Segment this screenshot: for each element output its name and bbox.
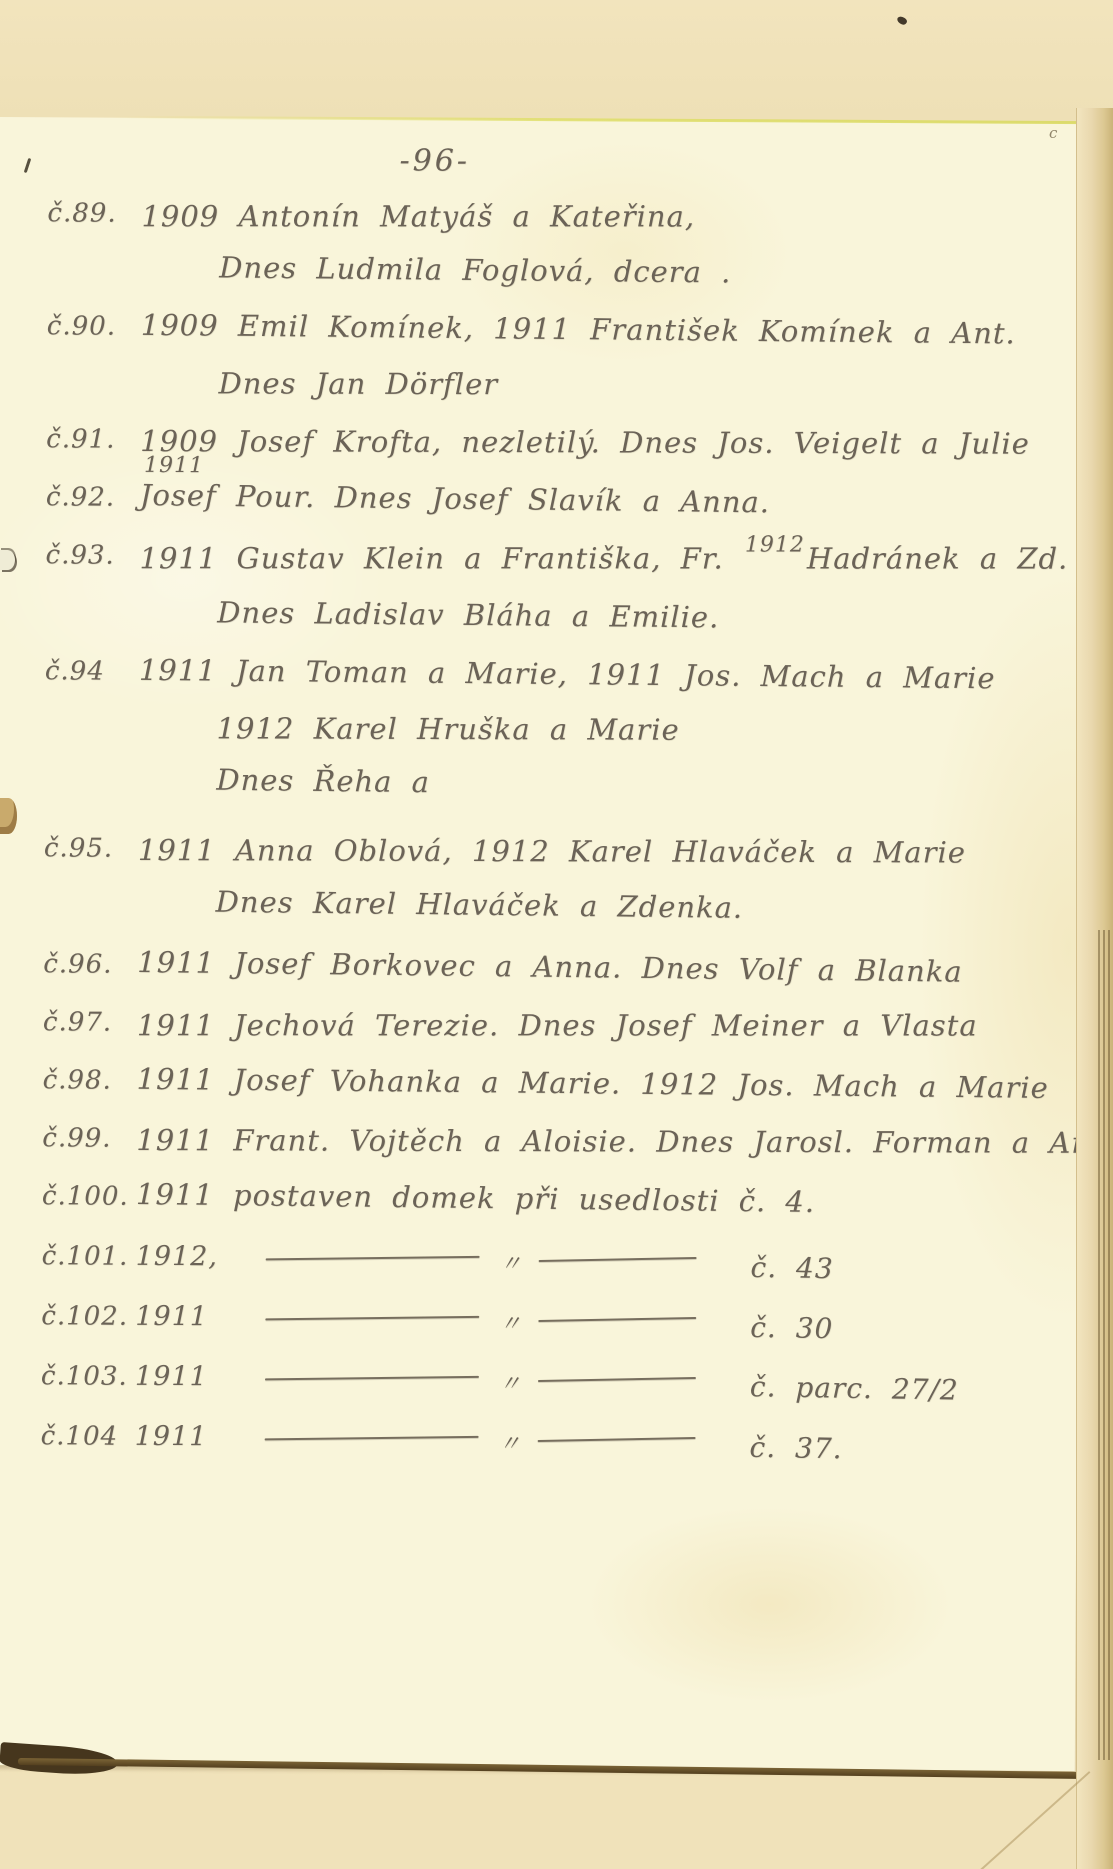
- entry-number: č.92.: [46, 470, 140, 526]
- house-number-ref: č. 37.: [749, 1431, 843, 1465]
- entry-line: Josef Pour. Dnes Josef Slavík a Anna.: [140, 468, 1065, 534]
- register-entry: č.941911 Jan Toman a Marie, 1911 Jos. Ma…: [44, 644, 1063, 815]
- notebook-page: -96- č.89.1909 Antonín Matyáš a Kateřina…: [0, 117, 1084, 1771]
- entry-lines: 1909 Antonín Matyáš a Kateřina,Dnes Ludm…: [141, 187, 1066, 302]
- text-segment: Hadránek a Zd.: [807, 541, 1068, 575]
- register-entry: č.95.1911 Anna Oblová, 1912 Karel Hlaváč…: [43, 821, 1062, 937]
- page-number: -96-: [380, 143, 490, 179]
- entry-number: č.90.: [47, 299, 141, 355]
- entry-line: 1911 Gustav Klein a Františka, Fr. 1912 …: [140, 531, 1064, 589]
- house-number-ref: č. parc. 27/2: [750, 1370, 959, 1406]
- entry-lines: Josef Pour. Dnes Josef Slavík a Anna.: [140, 471, 1064, 531]
- entry-lines: 1911 Gustav Klein a Františka, Fr. 1912 …: [139, 529, 1064, 647]
- pencil-corner-mark: c: [1049, 124, 1057, 142]
- entry-number: č.91.: [46, 412, 140, 468]
- entry-line: 1909 Josef Krofta, nezletilý. Dnes Jos. …: [140, 414, 1064, 472]
- entry-line: 1911 Josef Borkovec a Anna. Dnes Volf a …: [137, 935, 1062, 1001]
- torn-hole-mark: [0, 550, 15, 570]
- register-entry: č.93.1911 Gustav Klein a Františka, Fr. …: [45, 528, 1064, 647]
- ditto-dash-line: [538, 1437, 696, 1442]
- entry-number: č.104: [41, 1421, 135, 1452]
- entry-line: 1911 Josef Vohanka a Marie. 1912 Jos. Ma…: [136, 1052, 1061, 1116]
- ditto-mark: 〃: [499, 1307, 522, 1338]
- entry-lines: 1911 Anna Oblová, 1912 Karel Hlaváček a …: [137, 822, 1062, 937]
- register-entry: č.90.1909 Emil Komínek, 1911 František K…: [46, 299, 1065, 415]
- register-entry: č.96.1911 Josef Borkovec a Anna. Dnes Vo…: [43, 937, 1061, 998]
- register-entry: č.92.1911Josef Pour. Dnes Josef Slavík a…: [46, 470, 1064, 531]
- entry-line: Dnes Ladislav Bláha a Emilie.: [217, 585, 1064, 648]
- ink-speck: [896, 15, 908, 26]
- entry-number: č.95.: [44, 821, 138, 877]
- entry-number: č.100.: [42, 1169, 136, 1225]
- entry-line: 1911 Anna Oblová, 1912 Karel Hlaváček a …: [138, 823, 1062, 881]
- entry-number: č.102.: [41, 1301, 135, 1332]
- entry-line: Dnes Jan Dörfler: [218, 356, 1064, 414]
- entry-lines: 1911 postaven domek při usedlosti č. 4.: [136, 1170, 1060, 1230]
- page-stack-streaks: [1098, 930, 1113, 1760]
- entry-line: Dnes Karel Hlaváček a Zdenka.: [215, 875, 1062, 940]
- entry-number: č.97.: [43, 995, 137, 1051]
- register-entry: č.1041911〃č. 37.: [40, 1407, 1058, 1470]
- register-entry: č.101.1912,〃č. 43: [41, 1227, 1059, 1290]
- register-entry: č.99.1911 Frant. Vojtěch a Aloisie. Dnes…: [42, 1111, 1060, 1172]
- entry-line: 1911 Jan Toman a Marie, 1911 Jos. Mach a…: [139, 643, 1064, 707]
- register-entry: č.97.1911 Jechová Terezie. Dnes Josef Me…: [43, 995, 1061, 1056]
- entry-line: 1909 Antonín Matyáš a Kateřina,: [141, 189, 1065, 244]
- paper-crease-line: [978, 1771, 1091, 1869]
- ditto-mark: 〃: [499, 1427, 522, 1458]
- ditto-dash-line: [265, 1315, 479, 1320]
- entry-number: č.94: [45, 644, 139, 700]
- entry-lines: 1911 Jechová Terezie. Dnes Josef Meiner …: [137, 996, 1061, 1056]
- scanned-registry-page: -96- č.89.1909 Antonín Matyáš a Kateřina…: [0, 0, 1113, 1869]
- ditto-dash-line: [265, 1435, 479, 1440]
- register-entries: č.89.1909 Antonín Matyáš a Kateřina,Dnes…: [40, 186, 1065, 1470]
- entry-line: Dnes Řeha a: [216, 753, 1063, 818]
- ditto-dash-line: [266, 1255, 480, 1260]
- entry-lines: 1911 Frant. Vojtěch a Aloisie. Dnes Jaro…: [136, 1112, 1060, 1172]
- entry-year: 1911: [135, 1421, 223, 1452]
- house-number-ref: č. 30: [750, 1311, 834, 1345]
- entry-number: č.96.: [43, 937, 137, 993]
- text-segment: 1911 Gustav Klein a Františka, Fr.: [140, 541, 743, 575]
- ditto-dash-line: [539, 1257, 697, 1262]
- entry-lines: 1911 Josef Vohanka a Marie. 1912 Jos. Ma…: [136, 1054, 1060, 1114]
- entry-number: č.93.: [45, 528, 139, 584]
- ditto-mark: 〃: [500, 1247, 523, 1278]
- entry-lines: 1911 Jan Toman a Marie, 1911 Jos. Mach a…: [138, 645, 1063, 815]
- register-entry: č.89.1909 Antonín Matyáš a Kateřina,Dnes…: [47, 186, 1066, 302]
- entry-number: č.101.: [42, 1241, 136, 1272]
- entry-number: č.89.: [47, 186, 141, 242]
- entry-number: č.99.: [42, 1111, 136, 1167]
- ditto-dash-line: [538, 1377, 696, 1382]
- entry-number: č.98.: [42, 1053, 136, 1109]
- register-entry: č.98.1911 Josef Vohanka a Marie. 1912 Jo…: [42, 1053, 1060, 1114]
- entry-lines: 1909 Josef Krofta, nezletilý. Dnes Jos. …: [140, 413, 1064, 473]
- ditto-dash-line: [265, 1375, 479, 1380]
- entry-line: 1912 Karel Hruška a Marie: [217, 701, 1063, 759]
- superscript-year: 1912: [745, 517, 805, 572]
- ditto-mark: 〃: [499, 1367, 522, 1398]
- entry-line: 1911 Frant. Vojtěch a Aloisie. Dnes Jaro…: [136, 1113, 1060, 1171]
- entry-year: 1911: [135, 1361, 223, 1392]
- entry-lines: 1909 Emil Komínek, 1911 František Komíne…: [140, 300, 1065, 415]
- entry-year: 1912,: [136, 1241, 224, 1272]
- entry-line: 1911 postaven domek při usedlosti č. 4.: [136, 1167, 1061, 1233]
- house-number-ref: č. 43: [750, 1251, 834, 1285]
- entry-line: 1909 Emil Komínek, 1911 František Komíne…: [141, 298, 1066, 362]
- entry-number: č.103.: [41, 1361, 135, 1392]
- entry-year: 1911: [135, 1301, 223, 1332]
- register-entry: č.100.1911 postaven domek při usedlosti …: [42, 1169, 1060, 1230]
- entry-line: Dnes Ludmila Foglová, dcera .: [219, 240, 1066, 303]
- ditto-dash-line: [538, 1317, 696, 1322]
- register-entry: č.103.1911〃č. parc. 27/2: [41, 1347, 1059, 1410]
- entry-lines: 1911 Josef Borkovec a Anna. Dnes Volf a …: [137, 938, 1061, 998]
- entry-line: 1911 Jechová Terezie. Dnes Josef Meiner …: [137, 998, 1061, 1053]
- register-entry: č.102.1911〃č. 30: [41, 1287, 1059, 1350]
- stain-blotch: [0, 798, 17, 834]
